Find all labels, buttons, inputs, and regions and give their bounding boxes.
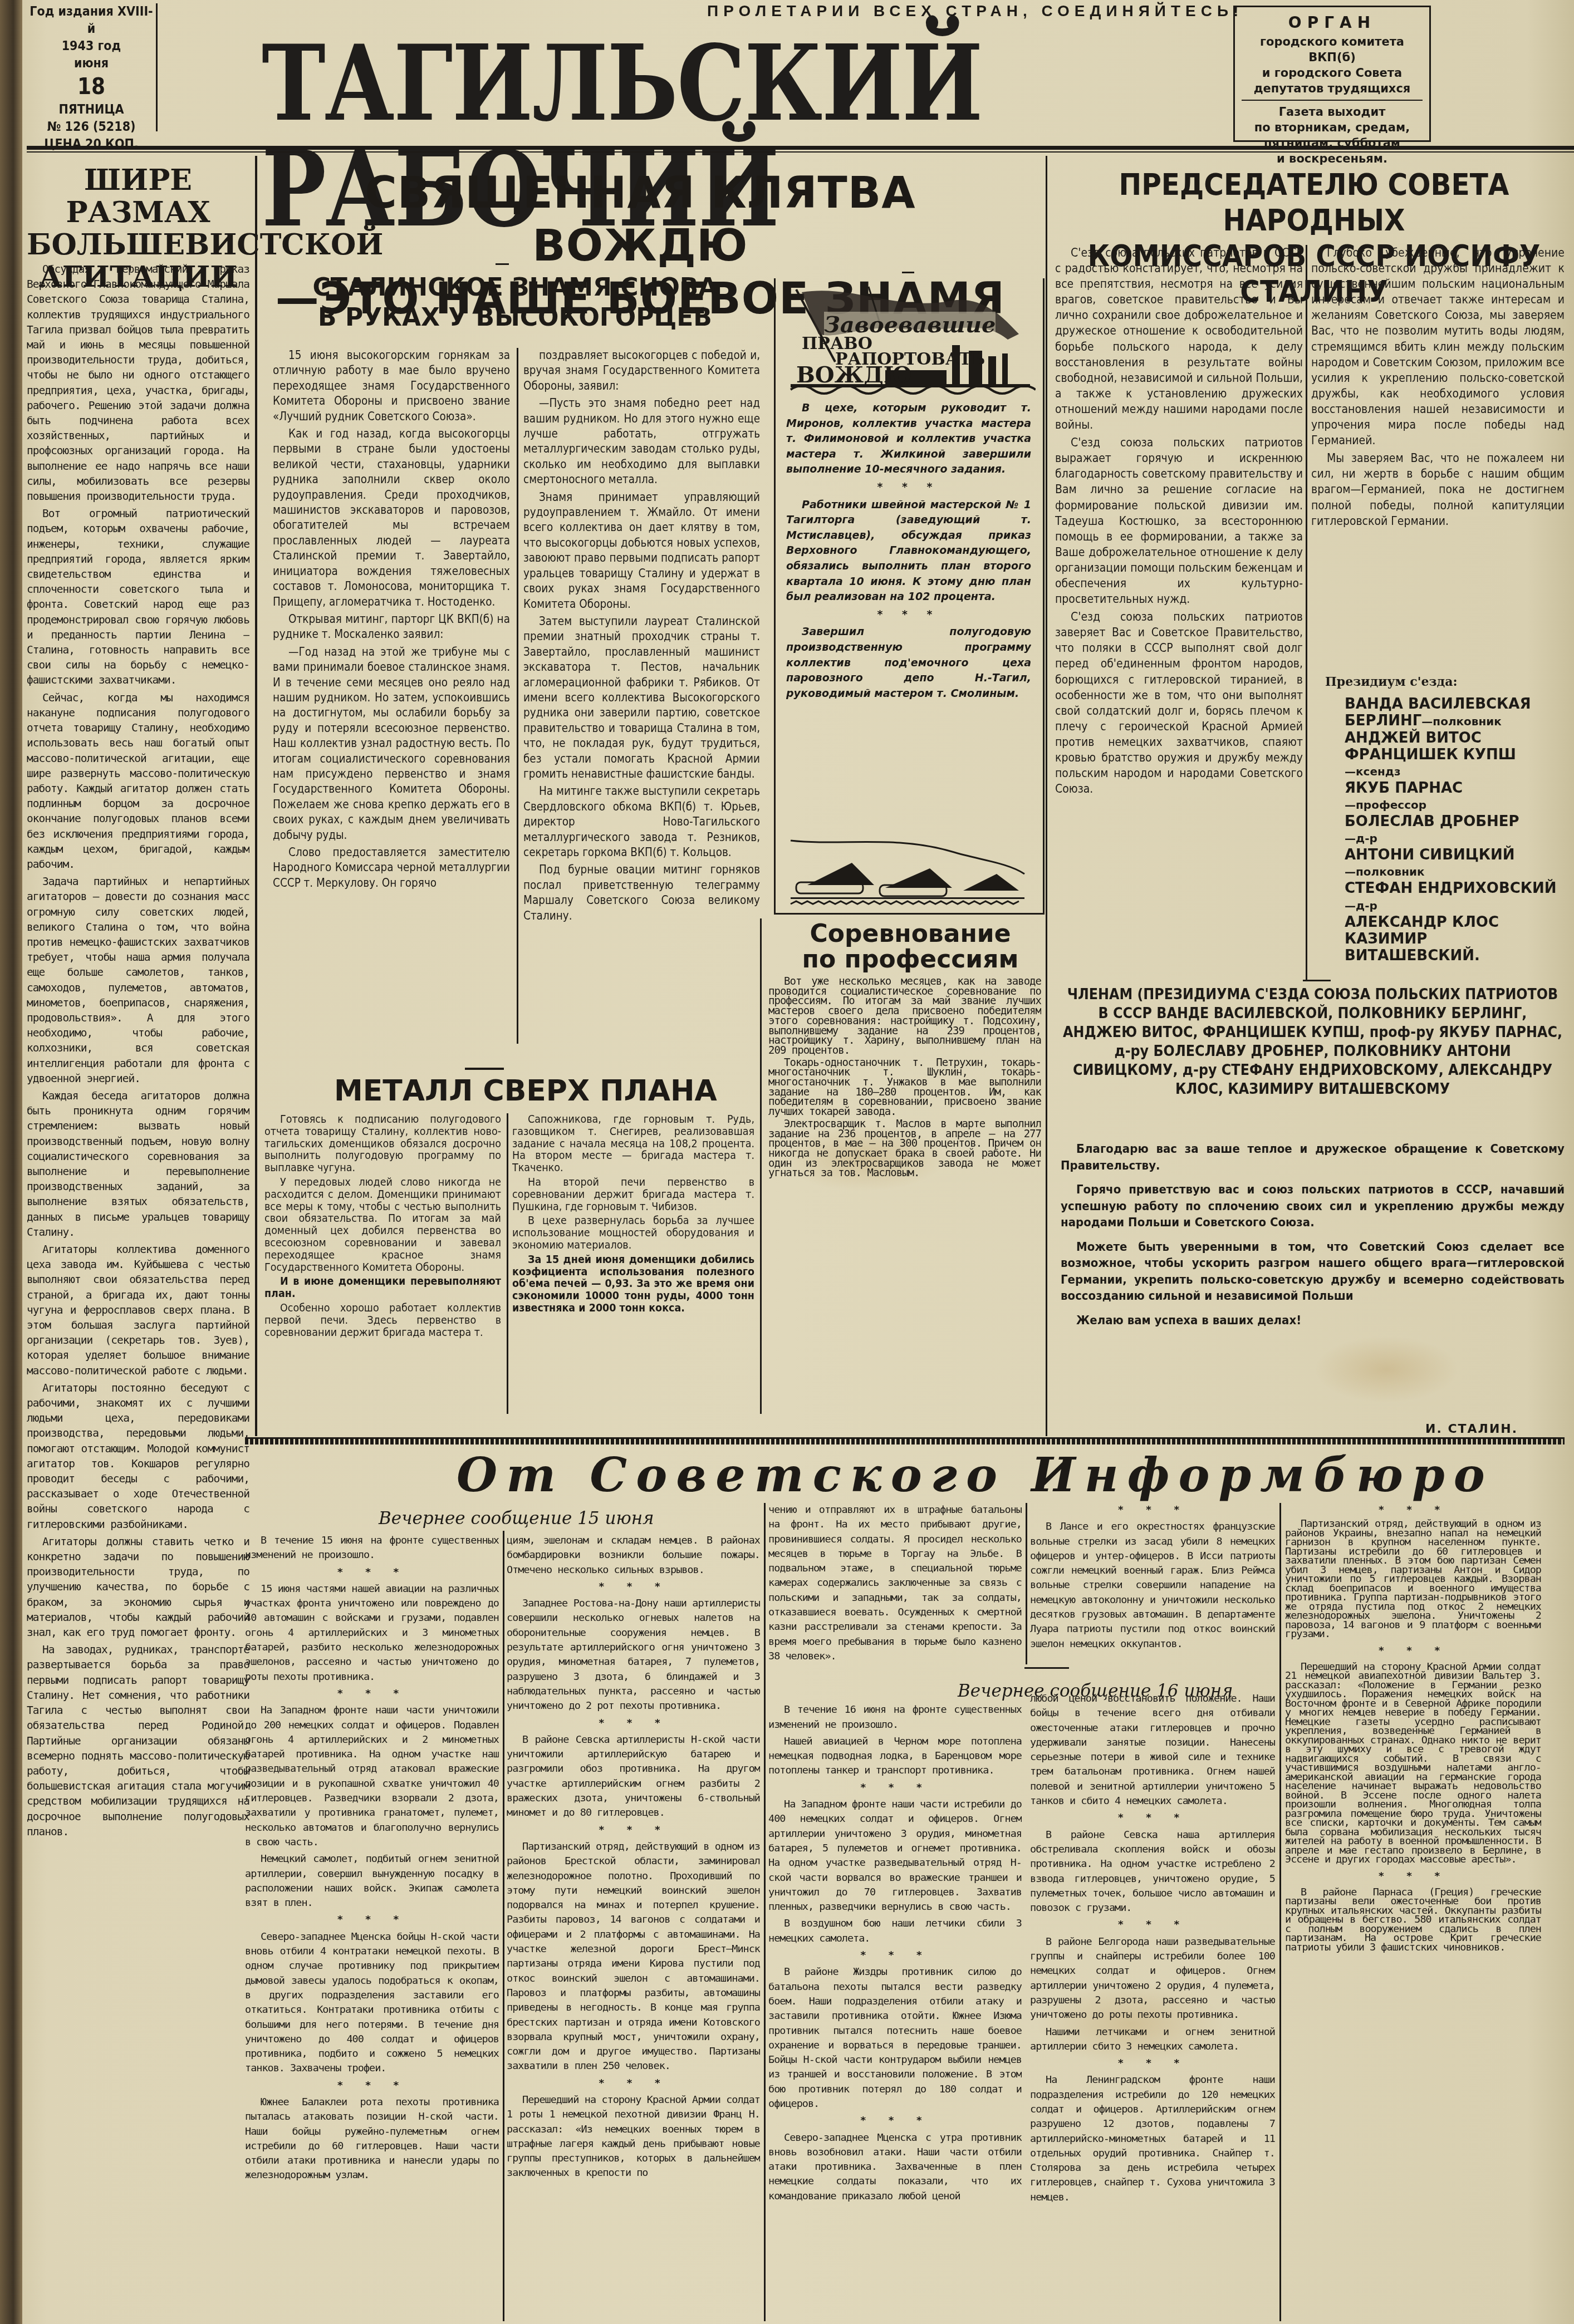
slogan: ПРОЛЕТАРИИ ВСЕХ СТРАН, СОЕДИНЯЙТЕСЬ! — [707, 2, 1243, 20]
paragraph: Нашими летчиками и огнем зенитной артилл… — [1030, 2025, 1275, 2055]
separator: * * * — [768, 2114, 1022, 2128]
paragraph: Готовясь к подписанию полугодового отчет… — [264, 1113, 501, 1174]
tanks-icon — [785, 835, 1030, 907]
separator: * * * — [245, 1687, 499, 1701]
member-role: —полковник — [1421, 715, 1502, 728]
column-rule — [1046, 156, 1047, 1436]
flag-banner-illustration: Завоевавшие ПРАВО РАПОРТОВАТЬ ВОЖДЮ — [785, 278, 1036, 398]
paragraph: В районе Парнаса (Греция) греческие парт… — [1285, 1888, 1541, 1953]
separator: * * * — [245, 1913, 499, 1927]
organ-line: депутатов трудящихся — [1235, 81, 1429, 96]
paragraph: На второй печи первенство в соревновании… — [512, 1176, 754, 1212]
headline-line: СВЯЩЕННАЯ КЛЯТВА ВОЖДЮ — [273, 167, 1008, 273]
presidium-list: ВАНДА ВАСИЛЕВСКАЯ БЕРЛИНГ—полковник АНДЖ… — [1345, 696, 1567, 964]
headline-line: ШИРЕ РАЗМАХ — [27, 164, 249, 229]
masthead-rule — [27, 146, 1574, 150]
paragraph: Горячо приветствую вас и союз польских п… — [1061, 1182, 1565, 1231]
paragraph: В Лансе и его окрестностях французские в… — [1030, 1520, 1275, 1652]
paragraph: Благодарю вас за ваше теплое и дружеское… — [1061, 1141, 1565, 1174]
issue-number: № 126 (5218) — [27, 119, 156, 136]
paragraph: 15 июня высокогорским горнякам за отличн… — [273, 348, 510, 424]
headline-line: по профессиям — [779, 947, 1041, 972]
column-rule — [507, 1113, 508, 1414]
evening-report-15-title: Вечернее сообщение 15 июня — [379, 1509, 654, 1529]
box-rule — [774, 913, 1045, 915]
separator: * * * — [245, 1565, 499, 1580]
paragraph: Нашей авиацией в Черном море потоплена н… — [768, 1735, 1022, 1778]
paragraph: Перешедший на сторону Красной Армии солд… — [1285, 1663, 1541, 1865]
paragraph: Желаю вам успеха в ваших делах! — [1061, 1313, 1565, 1329]
tanks-illustration — [785, 835, 1030, 907]
sovinform-column-4: * * * В Лансе и его окрестностях француз… — [1030, 1503, 1275, 2321]
section-divider — [245, 1437, 1565, 1444]
paragraph: С'езд союза польских патриотов заверяет … — [1055, 609, 1303, 797]
member-role: —д-р — [1345, 899, 1377, 912]
short-rule — [465, 1068, 504, 1070]
paragraph: За 15 дней июня доменщики добились коэфи… — [512, 1254, 754, 1314]
signature: И. СТАЛИН. — [1425, 1422, 1518, 1436]
paragraph: Обсуждая первомайский приказ Верховного … — [27, 262, 249, 504]
paragraph: чению и отправляют их в штрафные батальо… — [768, 1503, 1022, 1664]
paragraph: Агитаторы постоянно беседуют с рабочими,… — [27, 1380, 249, 1532]
presidium-member: АНТОНИ СИВИЦКИЙ — [1345, 847, 1567, 863]
paragraph: В течение 15 июня на фронте существенных… — [245, 1534, 499, 1563]
member-name: БЕРЛИНГ — [1345, 713, 1421, 729]
paragraph: Перешедший на сторону Красной Армии солд… — [507, 2093, 760, 2181]
paragraph: циям, эшелонам и складам немцев. В район… — [507, 1534, 760, 1578]
column-rule — [760, 918, 762, 1414]
paragraph: На Западном фронте наши части истребили … — [768, 1797, 1022, 1914]
paragraph: Агитаторы коллектива доменного цеха заво… — [27, 1242, 249, 1378]
paragraph: Северо-западнее Мценска с утра противник… — [768, 2131, 1022, 2204]
headline-line: БОЛЬШЕВИСТСКОЙ — [27, 229, 249, 261]
paragraph: —Пусть это знамя победно реет над вашим … — [523, 396, 760, 487]
issue-day: 18 — [27, 72, 156, 101]
short-rule — [496, 263, 509, 265]
separator: * * * — [245, 2079, 499, 2093]
schedule-line: по вторникам, средам, — [1235, 120, 1429, 135]
organ-line: городского комитета ВКП(б) — [1235, 34, 1429, 65]
paragraph: Глубоко убежденные, что упрочение польск… — [1311, 245, 1565, 448]
headline-line: Соревнование — [779, 921, 1041, 947]
paragraph: Сапожникова, где горновым т. Рудь, газов… — [512, 1113, 754, 1174]
paragraph: Слово предоставляется заместителю Народн… — [273, 845, 510, 891]
metal-column-1: Готовясь к подписанию полугодового отчет… — [264, 1113, 501, 1414]
organ-label: ОРГАН — [1235, 15, 1429, 31]
editorial-body: Обсуждая первомайский приказ Верховного … — [27, 262, 249, 2321]
sovinform-column-5: * * * Партизанский отряд, действующий в … — [1285, 1503, 1541, 2321]
member-name: БОЛЕСЛАВ ДРОБНЕР — [1345, 813, 1519, 830]
presidium-member: АНДЖЕЙ ВИТОС — [1345, 730, 1567, 746]
member-name: ВАНДА ВАСИЛЕВСКАЯ — [1345, 696, 1531, 713]
polish-letter-column-2: Глубоко убежденные, что упрочение польск… — [1311, 245, 1565, 674]
paragraph: Каждая беседа агитаторов должна быть про… — [27, 1088, 249, 1240]
paragraph: Токарь-одностаночник т. Петрухин, токарь… — [768, 1058, 1041, 1117]
paragraph: Знамя принимает управляющий рудоуправлен… — [523, 490, 760, 612]
polish-letter-column-1: С'езд союза польских патриотов в СССР с … — [1055, 245, 1303, 980]
paragraph: Вот огромный патриотический подъем, кото… — [27, 506, 249, 687]
paragraph: В районе Жиздры противник силою до батал… — [768, 1965, 1022, 2111]
paragraph: Агитаторы должны ставить четко и конкрет… — [27, 1534, 249, 1640]
separator: * * * — [768, 1948, 1022, 1963]
separator: * * * — [786, 607, 1031, 623]
column-rule — [1279, 1503, 1281, 2321]
paragraph: На заводах, рудниках, транспорте разверт… — [27, 1642, 249, 1839]
member-name: АНДЖЕЙ ВИТОС — [1345, 730, 1482, 746]
paragraph: На Западном фронте наши части уничтожили… — [245, 1703, 499, 1850]
issue-info-box: Год издания XVIII-й 1943 год июня 18 ПЯТ… — [27, 3, 158, 131]
paragraph: Партизанский отряд, действующий в одном … — [507, 1840, 760, 2074]
paragraph: Особенно хорошо работает коллектив перво… — [264, 1302, 501, 1338]
separator: * * * — [1030, 2056, 1275, 2071]
headline-line: В РУКАХ У ВЫСОКОГОРЦЕВ — [273, 303, 757, 333]
paragraph: С'езд союза польских патриотов выражает … — [1055, 435, 1303, 607]
column-rule — [503, 1531, 504, 2321]
member-name: ФРАНЦИШЕК КУПШ — [1345, 746, 1516, 763]
presidium-member: КАЗИМИР ВИТАШЕВСКИЙ. — [1345, 931, 1567, 964]
paragraph: В районе Севска наша артиллерия обстрели… — [1030, 1828, 1275, 1916]
organ-box: ОРГАН городского комитета ВКП(б) и город… — [1233, 6, 1431, 142]
column-rule — [517, 348, 518, 1044]
paragraph: —Год назад на этой же трибуне мы с вами … — [273, 645, 510, 843]
presidium-member: ЯКУБ ПАРНАС — [1345, 780, 1567, 797]
member-name: АЛЕКСАНДР КЛОС — [1345, 914, 1499, 931]
short-rule — [902, 272, 914, 273]
organ-line: и городского Совета — [1235, 65, 1429, 81]
presidium-member: БОЛЕСЛАВ ДРОБНЕР — [1345, 813, 1567, 830]
masthead-rule-thin — [27, 151, 1574, 153]
paragraph: Южнее Балаклеи рота пехоты противника пы… — [245, 2095, 499, 2183]
lead-column-1: 15 июня высокогорским горнякам за отличн… — [273, 348, 510, 1044]
separator: * * * — [786, 480, 1031, 495]
separator: * * * — [507, 2076, 760, 2091]
schedule-line: и воскресеньям. — [1235, 151, 1429, 166]
year-of-publication: Год издания XVIII-й — [27, 3, 156, 38]
paragraph: В районе Севска артиллеристы Н-ской част… — [507, 1733, 760, 1821]
metal-headline: МЕТАЛЛ СВЕРХ ПЛАНА — [334, 1074, 717, 1108]
member-role: —ксендз — [1345, 763, 1567, 780]
paragraph: Немецкий самолет, подбитый огнем зенитно… — [245, 1852, 499, 1910]
member-name: КАЗИМИР ВИТАШЕВСКИЙ. — [1345, 931, 1480, 964]
paragraph: Мы заверяем Вас, что не пожалеем ни сил,… — [1311, 450, 1565, 528]
reply-body: Благодарю вас за ваше теплое и дружеское… — [1061, 1141, 1565, 1419]
separator: * * * — [1030, 1503, 1275, 1517]
presidium-member: ФРАНЦИШЕК КУПШ — [1345, 746, 1567, 763]
paragraph: В районе Белгорода наши разведывательные… — [1030, 1935, 1275, 2023]
presidium-member: ВАНДА ВАСИЛЕВСКАЯ — [1345, 696, 1567, 713]
column-rule — [1026, 1503, 1027, 1664]
paragraph: В воздушном бою наши летчики сбили 3 нем… — [768, 1917, 1022, 1946]
reply-addressee: ЧЛЕНАМ (ПРЕЗИДИУМА С'ЕЗДА СОЮЗА ПОЛЬСКИХ… — [1061, 985, 1565, 1099]
newspaper-page: Год издания XVIII-й 1943 год июня 18 ПЯТ… — [0, 0, 1574, 2324]
paragraph: И в июне доменщики перевыполняют план. — [264, 1275, 501, 1300]
paragraph: Партизанский отряд, действующий в одном … — [1285, 1520, 1541, 1639]
paragraph: В цехе развернулась борьба за лучшее исп… — [512, 1215, 754, 1251]
spacer — [1030, 1652, 1275, 1692]
paragraph: Вот уже несколько месяцев, как на заводе… — [768, 977, 1041, 1056]
paragraph: Западнее Ростова-на-Дону наши артиллерис… — [507, 1596, 760, 1713]
paragraph: Сейчас, когда мы находимся накануне подп… — [27, 690, 249, 872]
column-rule — [1306, 245, 1307, 980]
paragraph: Электросварщик т. Маслов в марте выполни… — [768, 1119, 1041, 1178]
separator: * * * — [1030, 1811, 1275, 1825]
competition-headline: Соревнование по профессиям — [779, 921, 1041, 972]
member-role: —профессор — [1345, 797, 1567, 813]
paragraph: На Ленинградском фронте наши подразделен… — [1030, 2073, 1275, 2205]
column-rule — [764, 1503, 766, 2321]
presidium-member: АЛЕКСАНДР КЛОС — [1345, 914, 1567, 931]
separator: * * * — [768, 1781, 1022, 1795]
sovinform-column-1: В течение 15 июня на фронте существенных… — [245, 1534, 499, 2321]
divider — [1242, 100, 1423, 101]
binding-edge — [0, 0, 22, 2324]
paragraph: поздравляет высокогорцев с победой и, вр… — [523, 348, 760, 394]
paragraph: В цехе, которым руководит т. Миронов, ко… — [786, 401, 1031, 478]
presidium-label: Президиум с'езда: — [1325, 675, 1458, 689]
issue-weekday: ПЯТНИЦА — [27, 101, 156, 119]
metal-column-2: Сапожникова, где горновым т. Рудь, газов… — [512, 1113, 754, 1414]
paragraph: Под бурные овации митинг горняков послал… — [523, 862, 760, 923]
paragraph: Можете быть уверенными в том, что Советс… — [1061, 1239, 1565, 1305]
column-rule — [255, 156, 257, 1436]
member-name: СТЕФАН ЕНДРИХОВСКИЙ — [1345, 880, 1557, 897]
separator: * * * — [507, 1716, 760, 1731]
member-role: —д-р — [1345, 830, 1567, 847]
separator: * * * — [507, 1580, 760, 1594]
paragraph: 15 июня частями нашей авиации на различн… — [245, 1582, 499, 1684]
issue-year: 1943 год — [27, 38, 156, 55]
lead-column-2: поздравляет высокогорцев с победой и, вр… — [523, 348, 760, 1044]
lead-subheadline: СТАЛИНСКОЕ ЗНАМЯ СНОВА В РУКАХ У ВЫСОКОГ… — [273, 273, 757, 333]
banner-line: ВОЖДЮ — [796, 362, 912, 388]
member-name: АНТОНИ СИВИЦКИЙ — [1345, 847, 1515, 863]
paragraph: На митинге также выступили секретарь Све… — [523, 784, 760, 860]
issue-month: июня — [27, 55, 156, 72]
sovinform-column-3: чению и отправляют их в штрафные батальо… — [768, 1503, 1022, 2321]
paragraph: Завершил полугодовую производственную пр… — [786, 625, 1031, 701]
paragraph: У передовых людей слово никогда не расхо… — [264, 1176, 501, 1273]
separator: * * * — [1285, 1644, 1541, 1658]
separator: * * * — [1285, 1503, 1541, 1517]
issue-price: ЦЕНА 20 КОП. — [27, 136, 156, 153]
member-name: ЯКУБ ПАРНАС — [1345, 780, 1463, 797]
member-role: —полковник — [1345, 863, 1567, 880]
separator: * * * — [1030, 1918, 1275, 1932]
paragraph: Открывая митинг, парторг ЦК ВКП(б) на ру… — [273, 612, 510, 642]
paragraph: Задача партийных и непартийных агитаторо… — [27, 874, 249, 1086]
sovinform-column-2: циям, эшелонам и складам немцев. В район… — [507, 1534, 760, 2321]
presidium-member: БЕРЛИНГ—полковник — [1345, 713, 1567, 730]
separator: * * * — [1285, 1869, 1541, 1884]
headline-line: СТАЛИНСКОЕ ЗНАМЯ СНОВА — [273, 273, 757, 303]
paragraph: В течение 16 июня на фронте существенных… — [768, 1703, 1022, 1732]
paragraph: Как и год назад, когда высокогорцы первы… — [273, 426, 510, 610]
paragraph: Затем выступили лауреат Сталинской преми… — [523, 614, 760, 782]
honor-items: В цехе, которым руководит т. Миронов, ко… — [786, 401, 1031, 718]
schedule-line: Газета выходит — [1235, 104, 1429, 120]
paragraph: С'езд союза польских патриотов в СССР с … — [1055, 245, 1303, 433]
headline-line: ПРЕДСЕДАТЕЛЮ СОВЕТА НАРОДНЫХ — [1058, 167, 1570, 238]
competition-body: Вот уже несколько месяцев, как на заводе… — [768, 977, 1041, 1422]
short-rule — [1303, 980, 1331, 981]
separator: * * * — [507, 1823, 760, 1837]
paragraph: Работники швейной мастерской № 1 Тагилто… — [786, 498, 1031, 605]
sovinform-headline: От Советского Информбюро — [457, 1447, 1494, 1502]
paragraph: любой ценой восстановить положение. Наши… — [1030, 1692, 1275, 1809]
paragraph: Северо-западнее Мценска бойцы Н-ской час… — [245, 1930, 499, 2076]
presidium-member: СТЕФАН ЕНДРИХОВСКИЙ—д-р — [1345, 880, 1567, 914]
